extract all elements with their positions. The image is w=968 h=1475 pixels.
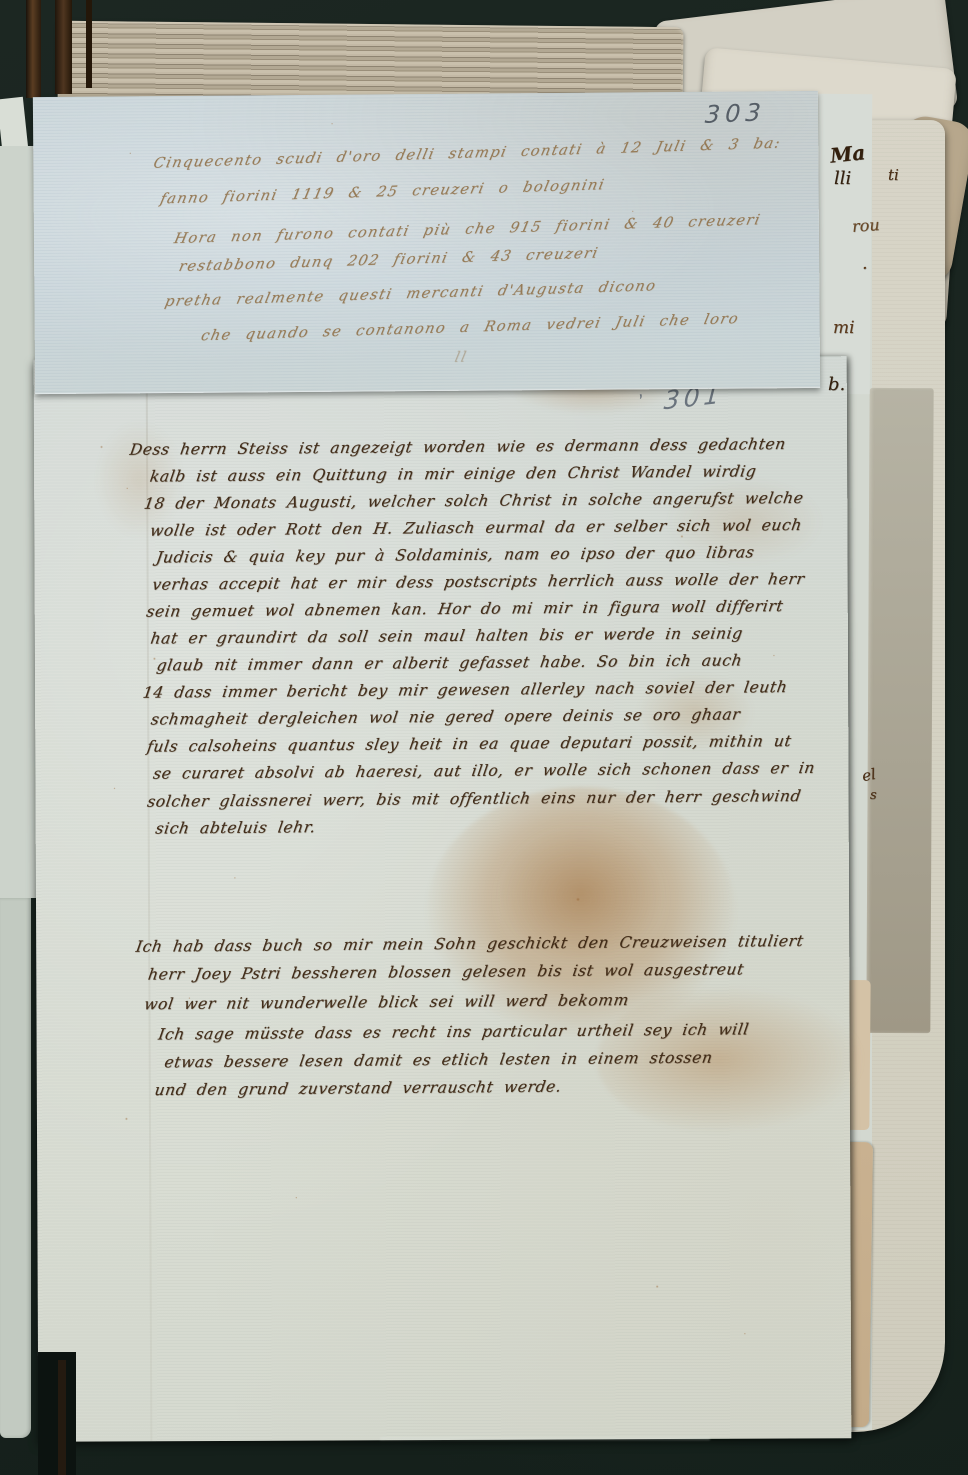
edge-text-fragment: ti (888, 166, 899, 184)
edge-text-fragment: Ma (829, 140, 866, 168)
foxing-speck (656, 1285, 659, 1288)
foxing-speck (744, 1333, 746, 1335)
manuscript-line: kalb ist auss ein Quittung in mir einige… (149, 462, 758, 485)
manuscript-line: fanno fiorini 1119 & 25 creuzeri o bolog… (159, 177, 607, 207)
edge-text-fragment: lli (834, 168, 851, 189)
manuscript-line: che quando se contanono a Roma vedrei Ju… (199, 311, 740, 344)
page-folio-301: ’ 301 Dess herrn Steiss ist angezeigt wo… (34, 356, 852, 1442)
manuscript-line: Cinquecento scudi d'oro delli stampi con… (152, 136, 783, 172)
manuscript-line: sein gemuet wol abnemen kan. Hor do mi m… (145, 597, 784, 621)
manuscript-line: solcher glaissnerei werr, bis mit offent… (146, 787, 802, 811)
edge-text-fragment: · (862, 258, 868, 279)
manuscript-line: sich abteluis lehr. (154, 818, 317, 837)
page-edge-strip (0, 898, 31, 1438)
edge-text-fragment: el (861, 765, 878, 785)
foxing-speck (680, 535, 683, 538)
foxing-speck (773, 655, 775, 657)
foxing-speck (295, 1197, 297, 1199)
manuscript-line: fuls calsoheins quantus sley heit in ea … (146, 732, 793, 756)
edge-text-fragment: mi (833, 318, 855, 338)
page-edge-strip (866, 388, 933, 1033)
edge-text-fragment: b. (828, 374, 845, 395)
manuscript-line: pretha realmente questi mercanti d'Augus… (163, 278, 658, 310)
page-edge-strip (0, 146, 37, 898)
manuscript-line: hat er graundirt da soll sein maul halte… (149, 624, 744, 647)
manuscript-line: verhas accepit hat er mir dess postscrip… (151, 570, 806, 594)
binding-cord (55, 0, 72, 94)
foxing-speck (114, 787, 116, 789)
page-folio-303: 303 Cinquecento scudi d'oro delli stampi… (33, 91, 820, 394)
binding-cord (86, 0, 92, 88)
folio-number-303: 303 (704, 98, 767, 129)
manuscript-line: restabbono dunq 202 fiorini & 43 creuzer… (177, 246, 600, 276)
manuscript-line: se curaret absolvi ab haeresi, aut illo,… (152, 759, 816, 783)
binding-cord (26, 0, 41, 98)
page-edge-strip (814, 94, 873, 394)
foxing-speck (126, 487, 128, 489)
foxing-speck (331, 123, 333, 125)
torn-edge-highlight (380, 1437, 710, 1440)
binding-cord (58, 1360, 66, 1475)
foxing-speck (129, 152, 131, 154)
foxing-speck (632, 210, 634, 212)
foxing-speck (125, 1117, 128, 1120)
faint-line-fragment: ll (453, 350, 469, 366)
foxing-speck (576, 897, 580, 901)
manuscript-line: und den grund zuverstand verrauscht werd… (153, 1078, 562, 1100)
foxing-speck (100, 445, 103, 448)
manuscript-line: Judicis & quia key pur à Soldaminis, nam… (155, 543, 756, 566)
foxing-speck (234, 877, 236, 879)
manuscript-line: glaub nit immer dann er alberit gefasset… (155, 651, 743, 674)
binding-gap (38, 1352, 76, 1475)
foxing-speck (153, 657, 156, 660)
manuscript-photo: ’ 301 Dess herrn Steiss ist angezeigt wo… (0, 0, 968, 1475)
edge-text-fragment: s (870, 788, 877, 803)
manuscript-line: Dess herrn Steiss ist angezeigt worden w… (128, 435, 787, 459)
edge-text-fragment: rou (851, 215, 880, 236)
manuscript-line: Hora non furono contati più che 915 fior… (173, 212, 763, 247)
